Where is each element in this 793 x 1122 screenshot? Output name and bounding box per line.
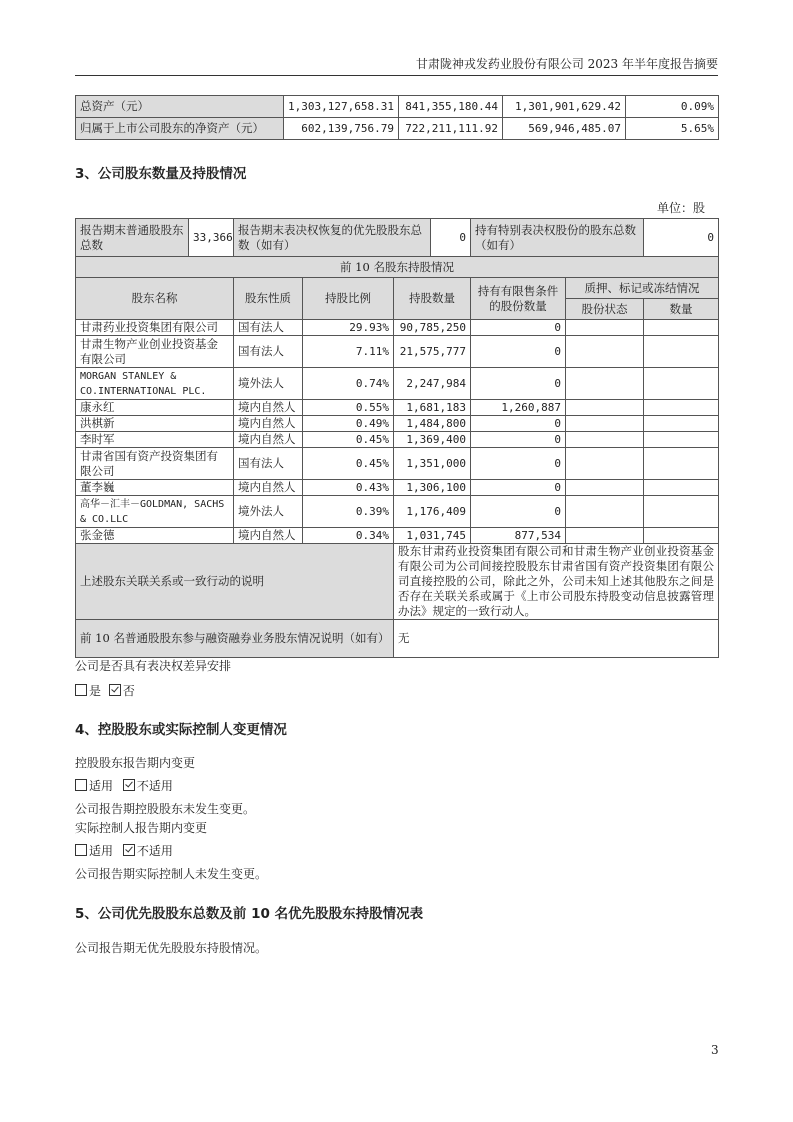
section4-title: 4、控股股东或实际控制人变更情况 bbox=[75, 718, 287, 738]
shareholder-name: 张金德 bbox=[76, 528, 234, 544]
shareholder-name: 甘肃生物产业创业投资基金有限公司 bbox=[76, 336, 234, 368]
actual-controller-label: 实际控制人报告期内变更 bbox=[75, 819, 207, 836]
shareholder-status bbox=[566, 416, 644, 432]
page-header: 甘肃陇神戎发药业股份有限公司 2023 年半年度报告摘要 bbox=[75, 55, 718, 76]
checkbox-not-applicable[interactable] bbox=[123, 844, 135, 856]
header-row: 股东名称 股东性质 持股比例 持股数量 持有有限售条件的股份数量 质押、标记或冻… bbox=[76, 278, 719, 299]
relation-row: 上述股东关联关系或一致行动的说明 股东甘肃药业投资集团有限公司和甘肃生物产业创业… bbox=[76, 544, 719, 620]
top10-title: 前 10 名股东持股情况 bbox=[76, 257, 719, 278]
shareholder-ratio: 0.39% bbox=[303, 496, 394, 528]
table-row: 归属于上市公司股东的净资产（元） 602,139,756.79 722,211,… bbox=[76, 118, 719, 140]
shareholder-name: 高华－汇丰－GOLDMAN, SACHS & CO.LLC bbox=[76, 496, 234, 528]
table-row: 高华－汇丰－GOLDMAN, SACHS & CO.LLC 境外法人 0.39%… bbox=[76, 496, 719, 528]
row-label: 归属于上市公司股东的净资产（元） bbox=[76, 118, 284, 140]
table-row: 甘肃生物产业创业投资基金有限公司 国有法人 7.11% 21,575,777 0 bbox=[76, 336, 719, 368]
shareholder-restricted: 0 bbox=[471, 320, 566, 336]
asset-table: 总资产（元） 1,303,127,658.31 841,355,180.44 1… bbox=[75, 95, 719, 140]
cell-value: 841,355,180.44 bbox=[399, 96, 503, 118]
cell-value: 0.09% bbox=[626, 96, 719, 118]
shareholder-nature: 境内自然人 bbox=[234, 528, 303, 544]
shareholder-count: 1,176,409 bbox=[394, 496, 471, 528]
col-restricted: 持有有限售条件的股份数量 bbox=[471, 278, 566, 320]
common-holders-label: 报告期末普通股股东总数 bbox=[76, 219, 189, 257]
shareholder-restricted: 0 bbox=[471, 336, 566, 368]
shareholder-status bbox=[566, 480, 644, 496]
cell-value: 569,946,485.07 bbox=[503, 118, 626, 140]
shareholder-count: 21,575,777 bbox=[394, 336, 471, 368]
shareholder-qty bbox=[644, 480, 719, 496]
col-status: 股份状态 bbox=[566, 299, 644, 320]
table-row: 总资产（元） 1,303,127,658.31 841,355,180.44 1… bbox=[76, 96, 719, 118]
table-row: 张金德 境内自然人 0.34% 1,031,745 877,534 bbox=[76, 528, 719, 544]
cell-value: 1,301,901,629.42 bbox=[503, 96, 626, 118]
shareholder-qty bbox=[644, 336, 719, 368]
shareholder-restricted: 0 bbox=[471, 432, 566, 448]
shareholder-qty bbox=[644, 496, 719, 528]
cell-value: 1,303,127,658.31 bbox=[284, 96, 399, 118]
shareholder-status bbox=[566, 400, 644, 416]
shareholder-name: 甘肃药业投资集团有限公司 bbox=[76, 320, 234, 336]
option-applicable-label: 适用 bbox=[89, 779, 113, 793]
cell-value: 602,139,756.79 bbox=[284, 118, 399, 140]
shareholder-restricted: 877,534 bbox=[471, 528, 566, 544]
table-row: 洪棋新 境内自然人 0.49% 1,484,800 0 bbox=[76, 416, 719, 432]
shareholder-qty bbox=[644, 416, 719, 432]
table-row: 康永红 境内自然人 0.55% 1,681,183 1,260,887 bbox=[76, 400, 719, 416]
shareholder-ratio: 0.34% bbox=[303, 528, 394, 544]
shareholder-nature: 境内自然人 bbox=[234, 432, 303, 448]
col-count: 持股数量 bbox=[394, 278, 471, 320]
shareholder-nature: 国有法人 bbox=[234, 336, 303, 368]
shareholder-name: 董李巍 bbox=[76, 480, 234, 496]
margin-text: 无 bbox=[394, 620, 719, 658]
top10-title-row: 前 10 名股东持股情况 bbox=[76, 257, 719, 278]
table-row: 董李巍 境内自然人 0.43% 1,306,100 0 bbox=[76, 480, 719, 496]
shareholder-count: 2,247,984 bbox=[394, 368, 471, 400]
shareholder-restricted: 0 bbox=[471, 416, 566, 432]
shareholder-status bbox=[566, 528, 644, 544]
controlling-change-text: 公司报告期控股股东未发生变更。 bbox=[75, 800, 255, 817]
shareholder-ratio: 0.45% bbox=[303, 432, 394, 448]
shareholder-nature: 国有法人 bbox=[234, 320, 303, 336]
margin-row: 前 10 名普通股股东参与融资融券业务股东情况说明（如有） 无 bbox=[76, 620, 719, 658]
shareholder-count: 90,785,250 bbox=[394, 320, 471, 336]
shareholder-status bbox=[566, 432, 644, 448]
shareholder-restricted: 0 bbox=[471, 480, 566, 496]
shareholder-ratio: 0.45% bbox=[303, 448, 394, 480]
shareholder-ratio: 29.93% bbox=[303, 320, 394, 336]
col-qty: 数量 bbox=[644, 299, 719, 320]
controlling-change-label: 控股股东报告期内变更 bbox=[75, 754, 195, 771]
checkbox-not-applicable[interactable] bbox=[123, 779, 135, 791]
shareholder-qty bbox=[644, 528, 719, 544]
col-pledge-group: 质押、标记或冻结情况 bbox=[566, 278, 719, 299]
shareholder-ratio: 0.43% bbox=[303, 480, 394, 496]
row-label: 总资产（元） bbox=[76, 96, 284, 118]
shareholder-nature: 境内自然人 bbox=[234, 480, 303, 496]
shareholder-nature: 国有法人 bbox=[234, 448, 303, 480]
shareholder-count: 1,306,100 bbox=[394, 480, 471, 496]
shareholder-ratio: 0.74% bbox=[303, 368, 394, 400]
shareholder-status bbox=[566, 336, 644, 368]
shareholder-name: MORGAN STANLEY & CO.INTERNATIONAL PLC. bbox=[76, 368, 234, 400]
table-row: 甘肃药业投资集团有限公司 国有法人 29.93% 90,785,250 0 bbox=[76, 320, 719, 336]
shareholder-status bbox=[566, 496, 644, 528]
table-row: 甘肃省国有资产投资集团有限公司 国有法人 0.45% 1,351,000 0 bbox=[76, 448, 719, 480]
voting-diff-question: 公司是否具有表决权差异安排 bbox=[75, 657, 231, 674]
shareholder-status bbox=[566, 320, 644, 336]
table-row: 李时军 境内自然人 0.45% 1,369,400 0 bbox=[76, 432, 719, 448]
special-holders-label: 持有特别表决权股份的股东总数（如有） bbox=[471, 219, 644, 257]
shareholder-name: 李时军 bbox=[76, 432, 234, 448]
option-yes-label: 是 bbox=[89, 684, 101, 698]
shareholder-count: 1,031,745 bbox=[394, 528, 471, 544]
page-number: 3 bbox=[711, 1043, 719, 1057]
actual-controller-text: 公司报告期实际控制人未发生变更。 bbox=[75, 865, 267, 882]
relation-label: 上述股东关联关系或一致行动的说明 bbox=[76, 544, 394, 620]
common-holders-value: 33,366 bbox=[189, 219, 234, 257]
shareholder-ratio: 7.11% bbox=[303, 336, 394, 368]
checkbox-applicable[interactable] bbox=[75, 779, 87, 791]
shareholder-status bbox=[566, 368, 644, 400]
cell-value: 5.65% bbox=[626, 118, 719, 140]
checkbox-yes[interactable] bbox=[75, 684, 87, 696]
special-holders-value: 0 bbox=[644, 219, 719, 257]
section5-text: 公司报告期无优先股股东持股情况。 bbox=[75, 939, 267, 956]
shareholder-count: 1,484,800 bbox=[394, 416, 471, 432]
shareholder-nature: 境内自然人 bbox=[234, 416, 303, 432]
option-no-label: 否 bbox=[123, 684, 135, 698]
shareholder-nature: 境外法人 bbox=[234, 368, 303, 400]
shareholder-count: 1,369,400 bbox=[394, 432, 471, 448]
section5-title: 5、公司优先股股东总数及前 10 名优先股股东持股情况表 bbox=[75, 902, 423, 922]
shareholder-ratio: 0.55% bbox=[303, 400, 394, 416]
checkbox-no[interactable] bbox=[109, 684, 121, 696]
checkbox-applicable[interactable] bbox=[75, 844, 87, 856]
preferred-holders-value: 0 bbox=[431, 219, 471, 257]
col-nature: 股东性质 bbox=[234, 278, 303, 320]
shareholder-qty bbox=[644, 320, 719, 336]
voting-diff-options: 是 否 bbox=[75, 682, 135, 699]
col-ratio: 持股比例 bbox=[303, 278, 394, 320]
option-not-applicable-label: 不适用 bbox=[137, 779, 173, 793]
relation-text: 股东甘肃药业投资集团有限公司和甘肃生物产业创业投资基金有限公司为公司间接控股股东… bbox=[394, 544, 719, 620]
shareholder-count: 1,351,000 bbox=[394, 448, 471, 480]
col-name: 股东名称 bbox=[76, 278, 234, 320]
section3-title: 3、公司股东数量及持股情况 bbox=[75, 162, 246, 182]
shareholder-qty bbox=[644, 432, 719, 448]
controlling-change-options: 适用 不适用 bbox=[75, 777, 173, 794]
preferred-holders-label: 报告期末表决权恢复的优先股股东总数（如有） bbox=[234, 219, 431, 257]
unit-label: 单位：股 bbox=[657, 199, 705, 216]
shareholder-qty bbox=[644, 448, 719, 480]
option-applicable-label: 适用 bbox=[89, 844, 113, 858]
shareholder-nature: 境外法人 bbox=[234, 496, 303, 528]
shareholder-restricted: 0 bbox=[471, 496, 566, 528]
shareholder-name: 甘肃省国有资产投资集团有限公司 bbox=[76, 448, 234, 480]
shareholder-qty bbox=[644, 368, 719, 400]
shareholder-count: 1,681,183 bbox=[394, 400, 471, 416]
shareholder-ratio: 0.49% bbox=[303, 416, 394, 432]
top10-table: 前 10 名股东持股情况 股东名称 股东性质 持股比例 持股数量 持有有限售条件… bbox=[75, 256, 719, 658]
summary-row: 报告期末普通股股东总数 33,366 报告期末表决权恢复的优先股股东总数（如有）… bbox=[76, 219, 719, 257]
cell-value: 722,211,111.92 bbox=[399, 118, 503, 140]
shareholder-restricted: 0 bbox=[471, 448, 566, 480]
actual-controller-options: 适用 不适用 bbox=[75, 842, 173, 859]
shareholder-qty bbox=[644, 400, 719, 416]
shareholder-name: 康永红 bbox=[76, 400, 234, 416]
shareholder-restricted: 0 bbox=[471, 368, 566, 400]
margin-label: 前 10 名普通股股东参与融资融券业务股东情况说明（如有） bbox=[76, 620, 394, 658]
shareholder-status bbox=[566, 448, 644, 480]
shareholder-nature: 境内自然人 bbox=[234, 400, 303, 416]
shareholder-table: 报告期末普通股股东总数 33,366 报告期末表决权恢复的优先股股东总数（如有）… bbox=[75, 218, 719, 257]
shareholder-name: 洪棋新 bbox=[76, 416, 234, 432]
option-not-applicable-label: 不适用 bbox=[137, 844, 173, 858]
shareholder-restricted: 1,260,887 bbox=[471, 400, 566, 416]
table-row: MORGAN STANLEY & CO.INTERNATIONAL PLC. 境… bbox=[76, 368, 719, 400]
